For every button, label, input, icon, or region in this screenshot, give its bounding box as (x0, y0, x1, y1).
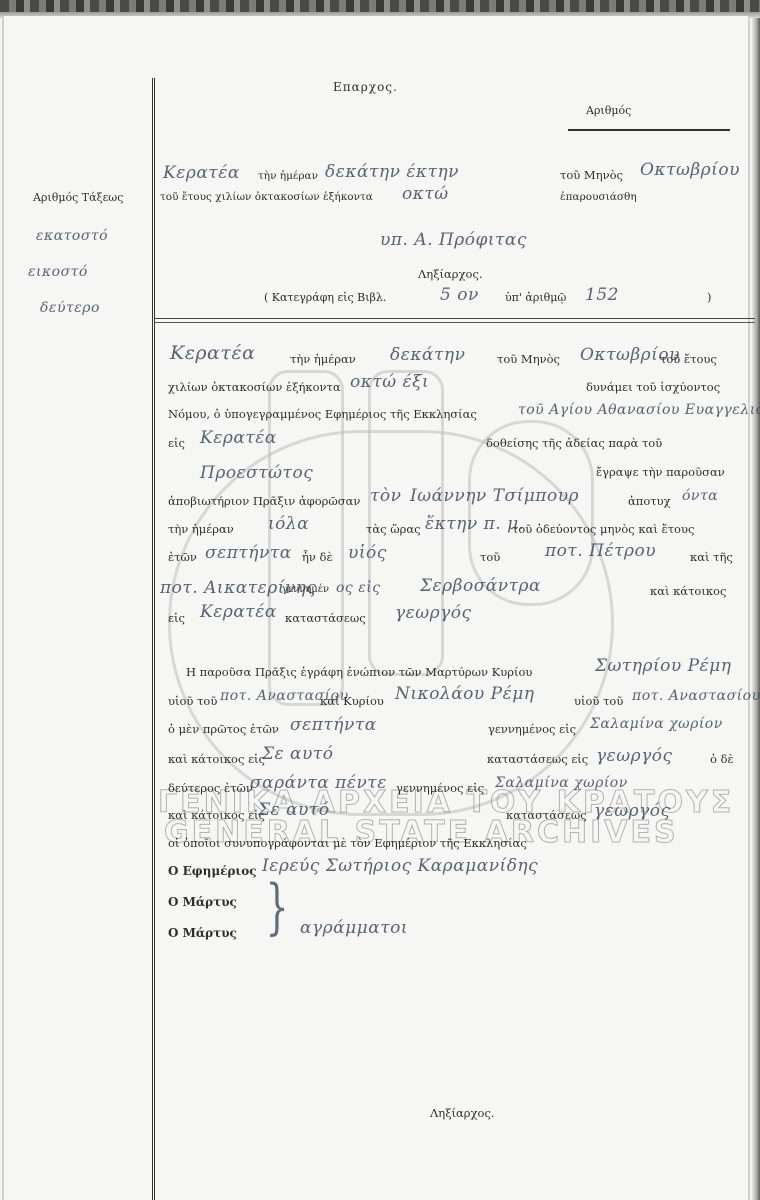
act-year: οκτώ έξι (350, 372, 429, 392)
final-registrar-label: Ληξίαρχος. (430, 1106, 495, 1120)
father-name: ποτ. Πέτρου (545, 541, 656, 561)
residence-label: εἰς (168, 611, 185, 625)
act-day-label: τὴν ἡμέραν (290, 352, 356, 366)
died-suffix: όντα (682, 488, 718, 504)
deceased-article: τὸν (370, 486, 401, 506)
first-status-label: καταστάσεως εἰς (487, 752, 588, 766)
first-age-label: ὁ μὲν πρῶτος ἐτῶν (168, 722, 279, 736)
presentation-month: Οκτωβρίου (640, 160, 740, 180)
order-number-label: Αριθμός Τάξεως (33, 191, 123, 204)
witness-illiterate-note: αγράμματοι (300, 918, 408, 938)
authority-name: Προεστώτος (200, 463, 313, 483)
occupation: γεωργός (395, 603, 472, 623)
status-label: καταστάσεως (285, 611, 366, 625)
died-label: ἀποτυχ (628, 494, 671, 508)
register-number: 152 (585, 285, 619, 305)
death-hour: ἕκτην π. μ. (425, 514, 525, 534)
second-born-label: γεννημένος εἰς (396, 781, 484, 795)
residence: Κερατέα (200, 602, 277, 622)
son: υἱός (348, 543, 387, 563)
deceased-name: Ιωάννην Τσίμπουρ (410, 486, 579, 506)
number-underline (568, 129, 730, 131)
law-label: δυνάμει τοῦ ἰσχύοντος (586, 380, 720, 394)
priest-church-label: Νόμου, ὁ ὑπογεγραμμένος Εφημέριος τῆς Εκ… (168, 407, 477, 421)
presented-label: ἐπαρουσιάσθη (560, 191, 637, 203)
month-label: τοῦ Μηνὸς (560, 168, 623, 182)
priest-signature: Ιερεύς Σωτήριος Καραμανίδης (262, 856, 538, 876)
order-number-handwritten: δεύτερο (40, 300, 100, 316)
first-status: γεωργός (596, 746, 673, 766)
born-suffix: ος εἰς (336, 580, 381, 596)
born-label: γεννημέν (282, 584, 329, 595)
act-month-label: τοῦ Μηνὸς (497, 352, 560, 366)
act-day: δεκάτην (390, 345, 465, 365)
birthplace: Σερβοσάντρα (420, 576, 541, 596)
wrote-label: ἔγραψε τὴν παροῦσαν (596, 465, 725, 479)
register-label: ( Κατεγράφη εἰς Βιβλ. (264, 291, 386, 304)
son-of-label: υἱοῦ τοῦ (168, 694, 217, 708)
second-resident-label: καὶ κάτοικος εἰς (168, 808, 265, 822)
first-age: σεπτήντα (290, 715, 377, 735)
of-label: τοῦ (480, 550, 500, 564)
deceased-age: σεπτήντα (205, 543, 292, 563)
and-mr-label: καὶ Κυρίου (320, 694, 384, 708)
son-label: ἦν δὲ (302, 550, 333, 564)
death-day-label: τὴν ἡμέραν (168, 522, 234, 536)
son-of-label-2: υἱοῦ τοῦ (574, 694, 623, 708)
in-label: εἰς (168, 436, 185, 450)
priest-label: Ο Εφημέριος (168, 864, 257, 878)
second-birthplace: Σαλαμίνα χωρίον (495, 775, 628, 791)
cosign-label: οἱ ὁποῖοι συνυπογράφονται μὲ τὸν Εφημέρι… (168, 836, 527, 850)
presentation-year: οκτώ (402, 184, 449, 204)
hour-label: τὰς ὥρας (366, 522, 421, 536)
witness2-name: Νικολάου Ρέμη (395, 684, 534, 704)
witness2-label: Ο Μάρτυς (168, 926, 237, 940)
presentation-place: Κερατέα (163, 163, 240, 183)
page-edge-shadow (752, 18, 760, 1200)
act-year-text: χιλίων ὀκτακοσίων ἑξήκοντα (168, 380, 341, 394)
act-location: Κερατέα (200, 428, 277, 448)
order-number-handwritten: εικοστό (28, 264, 88, 280)
witness-intro: Η παροῦσα Πρᾶξις ἐγράφη ἐνώπιον τῶν Μαρτ… (186, 665, 532, 679)
prefecture-label: Επαρχος. (333, 80, 398, 94)
resident-label: καὶ κάτοικος (650, 584, 726, 598)
current-month-label: τοῦ ὀδεύοντος μηνὸς καὶ ἔτους (512, 522, 694, 536)
register-book: 5 ον (440, 285, 479, 305)
permit-label: δοθείσης τῆς ἀδείας παρὰ τοῦ (486, 436, 662, 450)
second-status-label: καταστάσεως (506, 808, 587, 822)
first-resident-label: καὶ κάτοικος εἰς (168, 752, 265, 766)
register-number-label: ὑπ' ἀριθμῷ (505, 291, 566, 304)
first-born-label: γεννημένος εἰς (488, 722, 576, 736)
church-name: τοῦ Αγίου Αθανασίου Ευαγγελιστρίας (518, 402, 760, 418)
presentation-day: δεκάτην έκτην (325, 162, 459, 182)
registrar-label: Ληξίαρχος. (418, 267, 483, 281)
first-birthplace: Σαλαμίνα χωρίον (590, 716, 723, 732)
registrar-signature: υπ. Α. Πρόφιτας (380, 230, 527, 250)
witness1-name: Σωτηρίου Ρέμη (595, 656, 731, 676)
act-place: Κερατέα (170, 342, 255, 364)
age-label: ἐτῶν (168, 550, 197, 564)
order-number-handwritten: εκατοστό (36, 228, 108, 244)
column-divider (152, 78, 155, 1200)
year-label: τοῦ ἔτους χιλίων ὀκτακοσίων ἑξήκοντα (160, 191, 373, 203)
witness-brace: } (266, 872, 289, 942)
second-status: γεωργός (594, 801, 671, 821)
second-residence: Σε αυτό (258, 800, 330, 820)
first-residence: Σε αυτό (262, 744, 334, 764)
witness1-label: Ο Μάρτυς (168, 895, 237, 909)
death-act-label: ἀποβιωτήριον Πρᾶξιν ἀφορῶσαν (168, 494, 360, 508)
witness2-father: ποτ. Αναστασίου (632, 688, 760, 704)
section-divider (155, 318, 755, 323)
act-year-label: τοῦ ἔτους (660, 352, 717, 366)
number-label: Αριθμός (586, 104, 631, 117)
second-age: σαράντα πέντε (250, 773, 387, 793)
and-label: καὶ τῆς (690, 550, 733, 564)
register-close: ) (707, 290, 712, 304)
day-label: τὴν ἡμέραν (258, 170, 318, 182)
second-marker: ὁ δὲ (710, 752, 734, 766)
death-day: ιόλα (268, 514, 309, 534)
second-age-label: δεύτερος ἐτῶν (168, 781, 253, 795)
